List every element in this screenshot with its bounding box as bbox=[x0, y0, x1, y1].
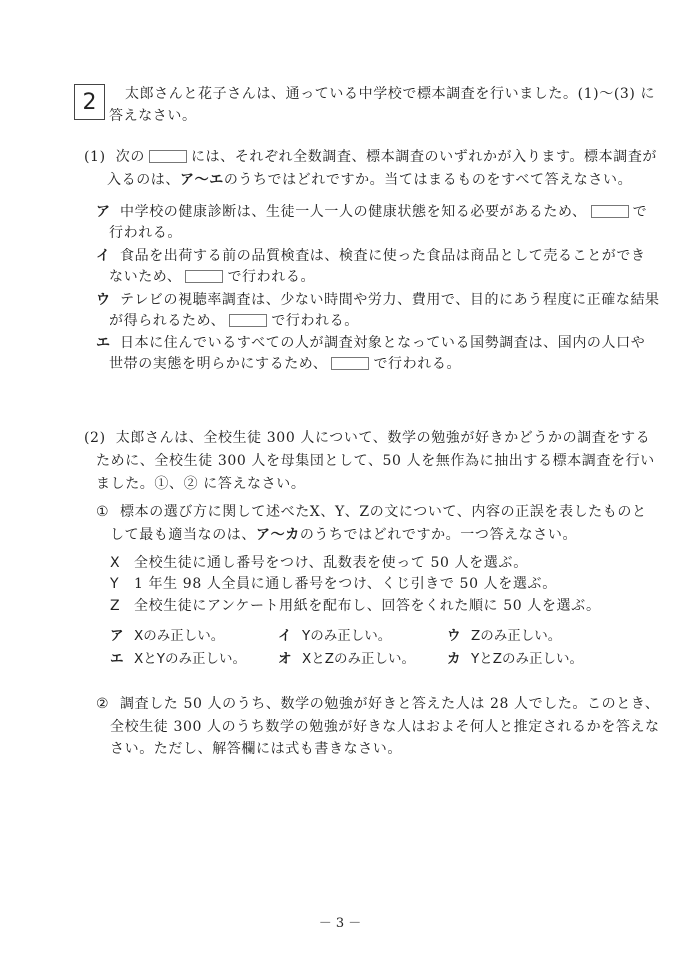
text: 次の bbox=[116, 149, 145, 165]
text: 標本の選び方に関して述べたX、Y、Zの文について、内容の正誤を表したものと bbox=[120, 504, 647, 520]
text: には、それぞれ全数調査、標本調査のいずれかが入ります。標本調査が bbox=[191, 149, 657, 165]
text: 世帯の実態を明らかにするため、 bbox=[109, 356, 327, 372]
sub1-line-2: して最も適当なのは、ア～カのうちではどれですか。一つ答えなさい。 bbox=[110, 526, 577, 544]
text: のうちではどれですか。当てはまるものをすべて答えなさい。 bbox=[224, 172, 632, 188]
choice-text: Yのみ正しい。 bbox=[302, 628, 391, 644]
choice-label: オ bbox=[278, 650, 302, 668]
choice-text: Zのみ正しい。 bbox=[471, 628, 561, 644]
question-number-box: 2 bbox=[74, 84, 105, 120]
item-label: エ bbox=[96, 334, 120, 352]
item-e-line-2: 世帯の実態を明らかにするため、で行われる。 bbox=[109, 355, 461, 373]
part1-line-1: (1) 次のには、それぞれ全数調査、標本調査のいずれかが入ります。標本調査が bbox=[84, 148, 657, 166]
text: 中学校の健康診断は、生徒一人一人の健康状態を知る必要があるため、 bbox=[120, 204, 587, 220]
statement-z: Z全校生徒にアンケート用紙を配布し、回答をくれた順に 50 人を選ぶ。 bbox=[110, 597, 601, 615]
sub2-line-3: さい。ただし、解答欄には式も書きなさい。 bbox=[110, 740, 402, 758]
blank-box bbox=[331, 357, 369, 370]
text: で行われる。 bbox=[227, 269, 315, 285]
blank-box bbox=[149, 150, 187, 163]
choice-range: ア～エ bbox=[180, 172, 224, 188]
text: 食品を出荷する前の品質検査は、検査に使った食品は商品として売ることができ bbox=[120, 248, 646, 264]
text: 全校生徒に通し番号をつけ、乱数表を使って 50 人を選ぶ。 bbox=[134, 555, 528, 571]
item-a-line-2: 行われる。 bbox=[109, 224, 182, 242]
item-label: ア bbox=[96, 203, 120, 221]
part2-line-2: ために、全校生徒 300 人を母集団として、50 人を無作為に抽出する標本調査を… bbox=[96, 452, 655, 470]
item-a-line-1: ア中学校の健康診断は、生徒一人一人の健康状態を知る必要があるため、で bbox=[96, 203, 647, 221]
text: 調査した 50 人のうち、数学の勉強が好きと答えた人は 28 人でした。このとき… bbox=[120, 696, 659, 712]
choice-text: Xのみ正しい。 bbox=[134, 628, 224, 644]
sub2-line-2: 全校生徒 300 人のうち数学の勉強が好きな人はおよそ何人と推定されるかを答えな bbox=[110, 718, 660, 736]
choice-range: ア～カ bbox=[256, 527, 300, 543]
item-u-line-2: が得られるため、で行われる。 bbox=[109, 312, 359, 330]
statement-y: Y1 年生 98 人全員に通し番号をつけ、くじ引きで 50 人を選ぶ。 bbox=[110, 575, 557, 593]
blank-box bbox=[591, 205, 629, 218]
part1-line-2: 入るのは、ア～エのうちではどれですか。当てはまるものをすべて答えなさい。 bbox=[107, 171, 632, 189]
text: で行われる。 bbox=[271, 313, 359, 329]
intro-line-2: 答えなさい。 bbox=[109, 107, 197, 125]
choice-label: ウ bbox=[447, 627, 471, 645]
text: 太郎さんは、全校生徒 300 人について、数学の勉強が好きかどうかの調査をする bbox=[116, 430, 650, 446]
text: 日本に住んでいるすべての人が調査対象となっている国勢調査は、国内の人口や bbox=[120, 335, 645, 351]
choice-u: ウZのみ正しい。 bbox=[447, 627, 561, 645]
choice-label: カ bbox=[447, 650, 471, 668]
sub1-line-1: ①標本の選び方に関して述べたX、Y、Zの文について、内容の正誤を表したものと bbox=[96, 503, 647, 521]
choice-text: YとZのみ正しい。 bbox=[471, 651, 583, 667]
text: 1 年生 98 人全員に通し番号をつけ、くじ引きで 50 人を選ぶ。 bbox=[134, 576, 557, 592]
text: のうちではどれですか。一つ答えなさい。 bbox=[300, 527, 577, 543]
choice-label: エ bbox=[110, 650, 134, 668]
sub2-line-1: ②調査した 50 人のうち、数学の勉強が好きと答えた人は 28 人でした。このと… bbox=[96, 695, 659, 713]
item-label: イ bbox=[96, 247, 120, 265]
statement-label: Y bbox=[110, 575, 134, 593]
item-u-line-1: ウテレビの視聴率調査は、少ない時間や労力、費用で、目的にあう程度に正確な結果 bbox=[96, 291, 660, 309]
choice-o: オXとZのみ正しい。 bbox=[278, 650, 415, 668]
text: ないため、 bbox=[109, 269, 181, 285]
sub2-label: ② bbox=[96, 695, 120, 713]
item-label: ウ bbox=[96, 291, 120, 309]
statement-label: Z bbox=[110, 597, 134, 615]
part2-line-1: (2) 太郎さんは、全校生徒 300 人について、数学の勉強が好きかどうかの調査… bbox=[84, 429, 650, 447]
text: テレビの視聴率調査は、少ない時間や労力、費用で、目的にあう程度に正確な結果 bbox=[120, 292, 660, 308]
text: 全校生徒にアンケート用紙を配布し、回答をくれた順に 50 人を選ぶ。 bbox=[134, 598, 601, 614]
intro-line-1: 太郎さんと花子さんは、通っている中学校で標本調査を行いました。(1)～(3) に bbox=[125, 85, 655, 103]
choice-a: アXのみ正しい。 bbox=[110, 627, 224, 645]
choice-text: XとZのみ正しい。 bbox=[302, 651, 415, 667]
choice-text: XとYのみ正しい。 bbox=[134, 651, 246, 667]
text: して最も適当なのは、 bbox=[110, 527, 256, 543]
statement-x: X全校生徒に通し番号をつけ、乱数表を使って 50 人を選ぶ。 bbox=[110, 554, 528, 572]
choice-i: イYのみ正しい。 bbox=[278, 627, 391, 645]
part2-line-3: ました。①、② に答えなさい。 bbox=[96, 475, 305, 493]
choice-e: エXとYのみ正しい。 bbox=[110, 650, 246, 668]
page-number: － 3 － bbox=[0, 912, 680, 931]
blank-box bbox=[185, 270, 223, 283]
item-e-line-1: エ日本に住んでいるすべての人が調査対象となっている国勢調査は、国内の人口や bbox=[96, 334, 645, 352]
part1-label: (1) bbox=[84, 149, 106, 165]
choice-ka: カYとZのみ正しい。 bbox=[447, 650, 583, 668]
text: が得られるため、 bbox=[109, 313, 225, 329]
blank-box bbox=[229, 314, 267, 327]
part2-label: (2) bbox=[84, 430, 106, 446]
question-number: 2 bbox=[83, 90, 97, 115]
text: で bbox=[633, 204, 648, 220]
sub1-label: ① bbox=[96, 503, 120, 521]
item-i-line-2: ないため、で行われる。 bbox=[109, 268, 315, 286]
text: 入るのは、 bbox=[107, 172, 180, 188]
item-i-line-1: イ食品を出荷する前の品質検査は、検査に使った食品は商品として売ることができ bbox=[96, 247, 646, 265]
text: で行われる。 bbox=[373, 356, 461, 372]
statement-label: X bbox=[110, 554, 134, 572]
choice-label: ア bbox=[110, 627, 134, 645]
choice-label: イ bbox=[278, 627, 302, 645]
